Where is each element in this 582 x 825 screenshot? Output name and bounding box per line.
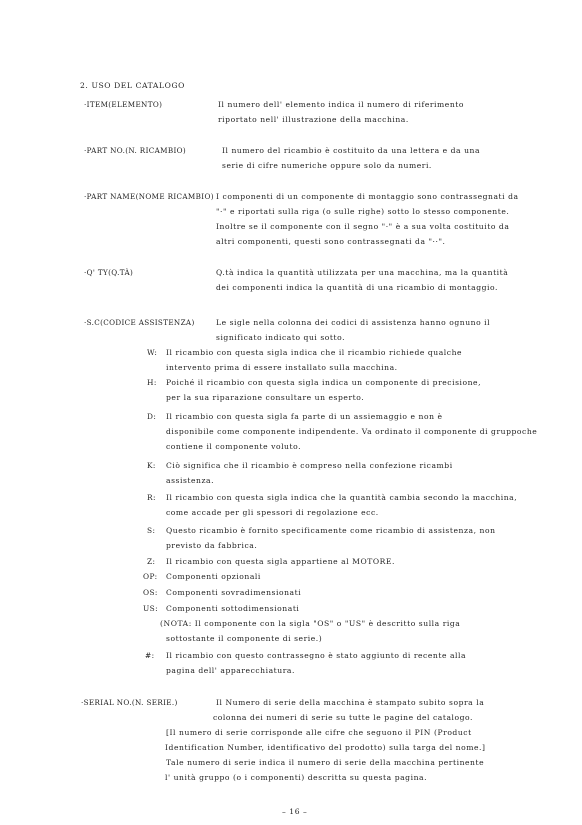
code-h: H: <box>147 378 157 388</box>
serial-no-text-line: l' unità gruppo (o i componenti) descrit… <box>165 773 427 783</box>
code-w-text-line: Il ricambio con questa sigla indica che … <box>166 348 462 358</box>
code-d-text-line: disponibile come componente indipendente… <box>166 427 537 437</box>
code-d-text-line: Il ricambio con questa sigla fa parte di… <box>166 412 443 422</box>
service-code-label: ·S.C(CODICE ASSISTENZA) <box>84 318 195 328</box>
qty-label: ·Q' TY(Q.TÀ) <box>84 268 133 278</box>
serial-no-text-line: [Il numero di serie corrisponde alle cif… <box>166 728 472 738</box>
code-r: R: <box>147 493 156 503</box>
item-text-line: Il numero dell' elemento indica il numer… <box>218 100 464 110</box>
code-us-note-line: sottostante il componente di serie.) <box>166 634 322 644</box>
part-name-text-line: altri componenti, questi sono contrasseg… <box>216 237 445 247</box>
code-w: W: <box>147 348 157 358</box>
qty-text-line: Q.tà indica la quantità utilizzata per u… <box>216 268 508 278</box>
code-os-text-line: Componenti sovradimensionati <box>166 588 301 598</box>
code-z-text-line: Il ricambio con questa sigla appartiene … <box>166 557 395 567</box>
serial-no-text-line: colonna dei numeri di serie su tutte le … <box>213 713 473 723</box>
part-name-label: ·PART NAME(NOME RICAMBIO) <box>84 192 214 202</box>
code-z: Z: <box>147 557 155 567</box>
code-r-text-line: Il ricambio con questa sigla indica che … <box>166 493 517 503</box>
part-no-text-line: Il numero del ricambio è costituito da u… <box>222 146 480 156</box>
code-r-text-line: come accade per gli spessori di regolazi… <box>166 508 379 518</box>
part-name-text-line: I componenti di un componente di montagg… <box>216 192 519 202</box>
code-h-text-line: per la sua riparazione consultare un esp… <box>166 393 364 403</box>
code-us-note-line: (NOTA: Il componente con la sigla "OS" o… <box>160 619 460 629</box>
serial-no-text-line: Il Numero di serie della macchina è stam… <box>216 698 484 708</box>
code-k-text-line: assistenza. <box>166 476 214 486</box>
part-no-text-line: serie di cifre numeriche oppure solo da … <box>222 161 432 171</box>
code-h-text-line: Poiché il ricambio con questa sigla indi… <box>166 378 481 388</box>
part-no-label: ·PART NO.(N. RICAMBIO) <box>84 146 186 156</box>
code-hash-text-line: Il ricambio con questo contrassegno è st… <box>166 651 466 661</box>
code-os: OS: <box>143 588 158 598</box>
code-k-text-line: Ciò significa che il ricambio è compreso… <box>166 461 453 471</box>
part-name-text-line: Inoltre se il componente con il segno "·… <box>216 222 509 232</box>
code-w-text-line: intervento prima di essere installato su… <box>166 363 398 373</box>
code-us: US: <box>143 604 158 614</box>
qty-text-line: dei componenti indica la quantità di una… <box>216 283 498 293</box>
code-d-text-line: contiene il componente voluto. <box>166 442 301 452</box>
service-code-text-line: significato indicato qui sotto. <box>216 333 345 343</box>
code-s-text-line: previsto da fabbrica. <box>166 541 257 551</box>
page-number: – 16 – <box>282 807 307 817</box>
serial-no-text-line: Tale numero di serie indica il numero di… <box>166 758 484 768</box>
serial-no-label: ·SERIAL NO.(N. SERIE.) <box>81 698 178 708</box>
code-d: D: <box>147 412 156 422</box>
service-code-text-line: Le sigle nella colonna dei codici di ass… <box>216 318 490 328</box>
part-name-text-line: "·" e riportati sulla riga (o sulle righ… <box>216 207 509 217</box>
code-op: OP: <box>143 572 157 582</box>
code-k: K: <box>147 461 156 471</box>
serial-no-text-line: Identification Number, identificativo de… <box>165 743 486 753</box>
item-label: ·ITEM(ELEMENTO) <box>84 100 162 110</box>
code-op-text-line: Componenti opzionali <box>166 572 261 582</box>
code-us-text-line: Componenti sottodimensionati <box>166 604 299 614</box>
code-s: S: <box>147 526 155 536</box>
code-hash-text-line: pagina dell' apparecchiatura. <box>166 666 295 676</box>
item-text-line: riportato nell' illustrazione della macc… <box>218 115 409 125</box>
code-hash: #: <box>145 651 154 661</box>
code-s-text-line: Questo ricambio è fornito specificamente… <box>166 526 496 536</box>
section-heading: 2. USO DEL CATALOGO <box>80 81 185 91</box>
